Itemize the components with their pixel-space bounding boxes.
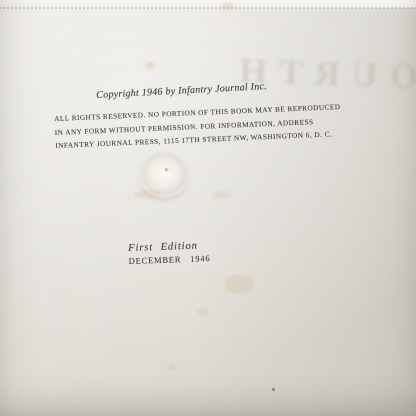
foxing-stain [221, 3, 234, 10]
book-copyright-page-photo: FOURTH Copyright 1946 by Infantry Journa… [0, 0, 416, 416]
foxing-stain [212, 191, 232, 199]
edition-date: DECEMBER 1946 [128, 253, 210, 266]
page-top-edge [0, 0, 416, 8]
rights-notice: ALL RIGHTS RESERVED. NO PORTION OF THIS … [54, 102, 307, 154]
foxing-stain [146, 62, 155, 69]
ink-speck [272, 388, 275, 391]
foxing-stain [224, 274, 254, 294]
foxing-stain [168, 364, 176, 370]
foxing-stain [133, 190, 161, 199]
foxing-stain [198, 308, 208, 315]
paper-blemish-speck [165, 168, 168, 171]
edition-title: First Edition [128, 240, 210, 254]
edition-block: First Edition DECEMBER 1946 [128, 240, 211, 266]
